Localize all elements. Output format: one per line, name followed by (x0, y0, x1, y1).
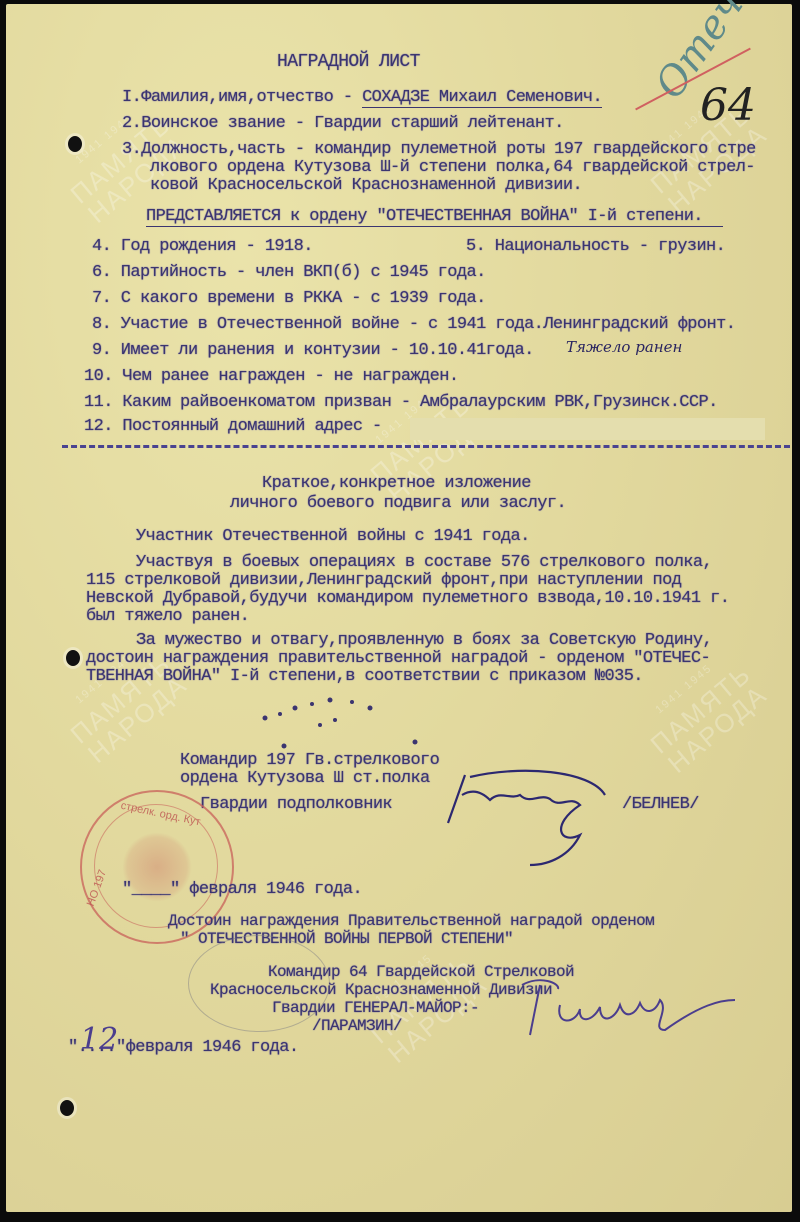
item-3-position: 3.Должность,часть - командир пулеметной … (122, 140, 756, 159)
item-4-birth-year: 4. Год рождения - 1918. (92, 237, 313, 256)
summary-paragraph-2-line1: Участвуя в боевых операциях в составе 57… (136, 553, 712, 572)
separator-rule (62, 445, 790, 448)
item-9-wounds: 9. Имеет ли ранения и контузии - 10.10.4… (92, 341, 534, 360)
item-7-rkka: 7. С какого времени в РККА - с 1939 года… (92, 289, 486, 308)
division-resolution-line1: Достоин награждения Правительственной на… (168, 912, 654, 930)
item-3-position-line2: лкового ордена Кутузова Ш-й степени полк… (150, 158, 755, 177)
page-number-handwritten: 64 (700, 80, 756, 131)
redacted-address (410, 418, 765, 440)
division-commander-name: /ПАРАМЗИН/ (312, 1017, 402, 1035)
division-commander-line3: Гвардии ГЕНЕРАЛ-МАЙОР:- (272, 999, 479, 1017)
item-12-home-address: 12. Постоянный домашний адрес - (84, 417, 382, 436)
summary-paragraph-3-line2: достоин награждения правительственной на… (86, 649, 710, 668)
item-8-war-participation: 8. Участие в Отечественной войне - с 194… (92, 315, 735, 334)
regiment-commander-line3: Гвардии подполковник (200, 795, 392, 814)
punch-hole (66, 650, 80, 666)
regiment-commander-line1: Командир 197 Гв.стрелкового (180, 751, 439, 770)
punch-hole (68, 136, 82, 152)
wounds-handwritten-note: Тяжело ранен (566, 338, 682, 356)
item-2-rank: 2.Воинское звание - Гвардии старший лейт… (122, 114, 564, 133)
division-signature-date: "...."февраля 1946 года. (68, 1038, 298, 1057)
regiment-signature-date: "____" февраля 1946 года. (122, 880, 362, 899)
item-3-position-line3: ковой Красносельской Краснознаменной див… (150, 176, 582, 195)
item-11-drafted-by: 11. Каким райвоенкоматом призван - Амбра… (84, 393, 718, 412)
summary-paragraph-2-line3: Невской Дубравой,будучи командиром пулем… (86, 589, 729, 608)
document-title: НАГРАДНОЙ ЛИСТ (277, 52, 420, 72)
item-6-party: 6. Партийность - член ВКП(б) с 1945 года… (92, 263, 486, 282)
summary-paragraph-1: Участник Отечественной войны с 1941 года… (136, 527, 530, 546)
summary-heading-line2: личного боевого подвига или заслуг. (230, 494, 566, 513)
fullname-value: СОХАДЗЕ Михаил Семенович. (362, 88, 602, 108)
summary-paragraph-3-line1: За мужество и отвагу,проявленную в боях … (136, 631, 712, 650)
summary-paragraph-2-line4: был тяжело ранен. (86, 607, 249, 626)
regiment-commander-name: /БЕЛНЕВ/ (622, 795, 699, 814)
signature-regiment-commander (430, 765, 630, 875)
summary-paragraph-2-line2: 115 стрелковой дивизии,Ленинградский фро… (86, 571, 681, 590)
punch-hole (60, 1100, 74, 1116)
signature-division-commander (500, 975, 740, 1045)
nomination-line: ПРЕДСТАВЛЯЕТСЯ к ордену "ОТЕЧЕСТВЕННАЯ В… (146, 207, 723, 227)
item-1-fullname: I.Фамилия,имя,отчество - СОХАДЗЕ Михаил … (122, 88, 602, 107)
summary-heading-line1: Краткое,конкретное изложение (262, 474, 531, 493)
regiment-commander-line2: ордена Кутузова Ш ст.полка (180, 769, 430, 788)
item-10-previous-awards: 10. Чем ранее награжден - не награжден. (84, 367, 458, 386)
item-5-nationality: 5. Национальность - грузин. (466, 237, 725, 256)
